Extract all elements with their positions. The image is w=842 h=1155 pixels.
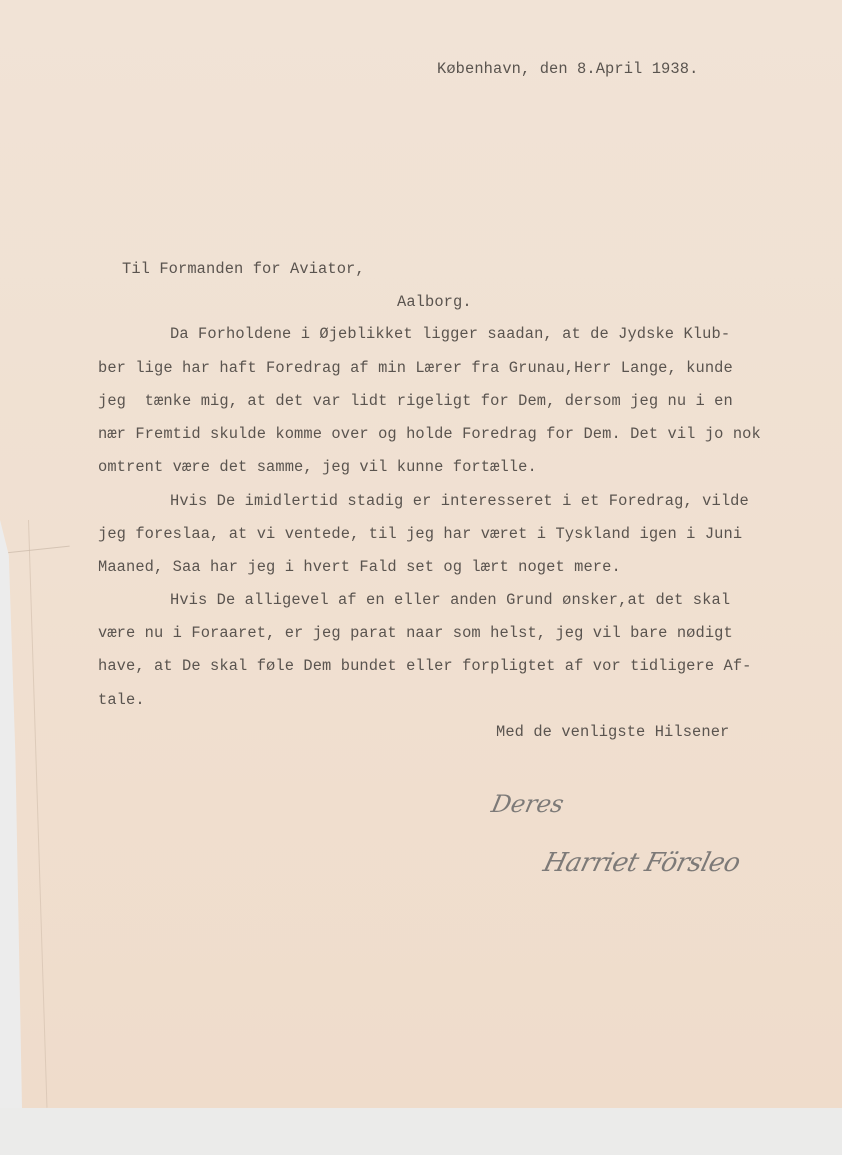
handwritten-deres: Deres — [489, 790, 566, 818]
body-line: ber lige har haft Foredrag af min Lærer … — [98, 361, 733, 376]
body-line: Hvis De alligevel af en eller anden Grun… — [170, 593, 730, 608]
body-line: Da Forholdene i Øjeblikket ligger saadan… — [170, 327, 730, 342]
body-line: have, at De skal føle Dem bundet eller f… — [98, 659, 752, 674]
body-line: jeg tænke mig, at det var lidt rigeligt … — [98, 394, 733, 409]
closing-line: Med de venligste Hilsener — [496, 725, 729, 740]
paper-crease — [28, 520, 47, 1108]
handwritten-signature: Harriet Försleo — [540, 848, 743, 878]
recipient-line-1: Til Formanden for Aviator, — [122, 262, 365, 277]
body-line: Maaned, Saa har jeg i hvert Fald set og … — [98, 560, 621, 575]
body-line: jeg foreslaa, at vi ventede, til jeg har… — [98, 527, 742, 542]
paper-tear-line — [0, 546, 70, 554]
letter-paper — [0, 0, 842, 1108]
body-line: nær Fremtid skulde komme over og holde F… — [98, 427, 761, 442]
body-line: være nu i Foraaret, er jeg parat naar so… — [98, 626, 733, 641]
body-line: tale. — [98, 693, 145, 708]
place-date: København, den 8.April 1938. — [437, 62, 698, 77]
body-line: Hvis De imidlertid stadig er interessere… — [170, 494, 749, 509]
body-line: omtrent være det samme, jeg vil kunne fo… — [98, 460, 537, 475]
recipient-line-2: Aalborg. — [397, 295, 472, 310]
